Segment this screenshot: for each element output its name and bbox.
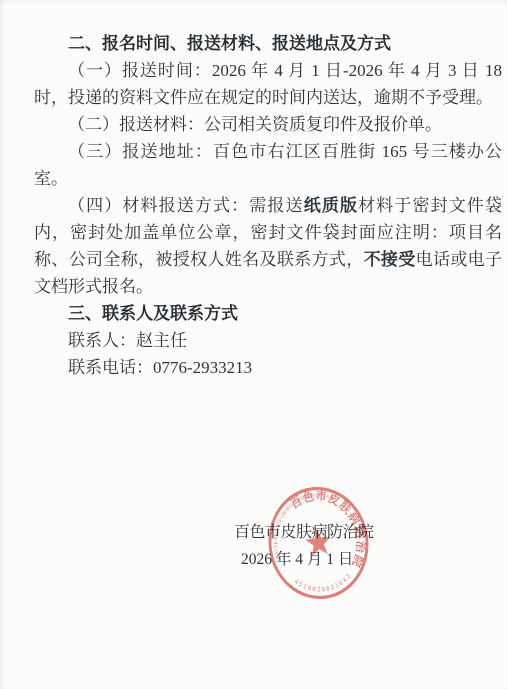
signature-organization: 百色市皮肤病防治院 [234,519,374,542]
paragraph-submission-time: （一）报送时间：2026 年 4 月 1 日-2026 年 4 月 3 日 18… [34,57,502,111]
text-run-bold-paper-version: 纸质版 [304,196,358,215]
section-heading-contact: 三、联系人及联系方式 [34,300,502,327]
text-run-bold-not-accepted: 不接受 [364,250,416,269]
official-seal-graphic: BAISESHI PIFUBING FANGZHIYUAN 百色市皮肤病防治院 … [260,479,376,607]
section-heading-submission: 二、报名时间、报送材料、报送地点及方式 [34,30,502,57]
seal-ring [264,483,373,603]
signature-date: 2026 年 4 月 1 日 [241,547,353,569]
text-run: （四）材料报送方式：需报送 [68,196,304,215]
scanned-document-page: 二、报名时间、报送材料、报送地点及方式 （一）报送时间：2026 年 4 月 1… [0,0,507,689]
paragraph-submission-address: （三）报送地址：百色市右江区百胜街 165 号三楼办公室。 [34,138,502,192]
document-body: 二、报名时间、报送材料、报送地点及方式 （一）报送时间：2026 年 4 月 1… [34,30,502,381]
paragraph-contact-phone: 联系电话：0776-2933213 [34,354,502,381]
paragraph-submission-materials: （二）报送材料：公司相关资质复印件及报价单。 [34,111,502,138]
paragraph-contact-person: 联系人：赵主任 [34,327,502,354]
paragraph-submission-method: （四）材料报送方式：需报送纸质版材料于密封文件袋内，密封处加盖单位公章，密封文件… [34,192,502,300]
seal-code-text: 4510020021642 [292,572,354,597]
official-seal: BAISESHI PIFUBING FANGZHIYUAN 百色市皮肤病防治院 … [260,479,376,607]
